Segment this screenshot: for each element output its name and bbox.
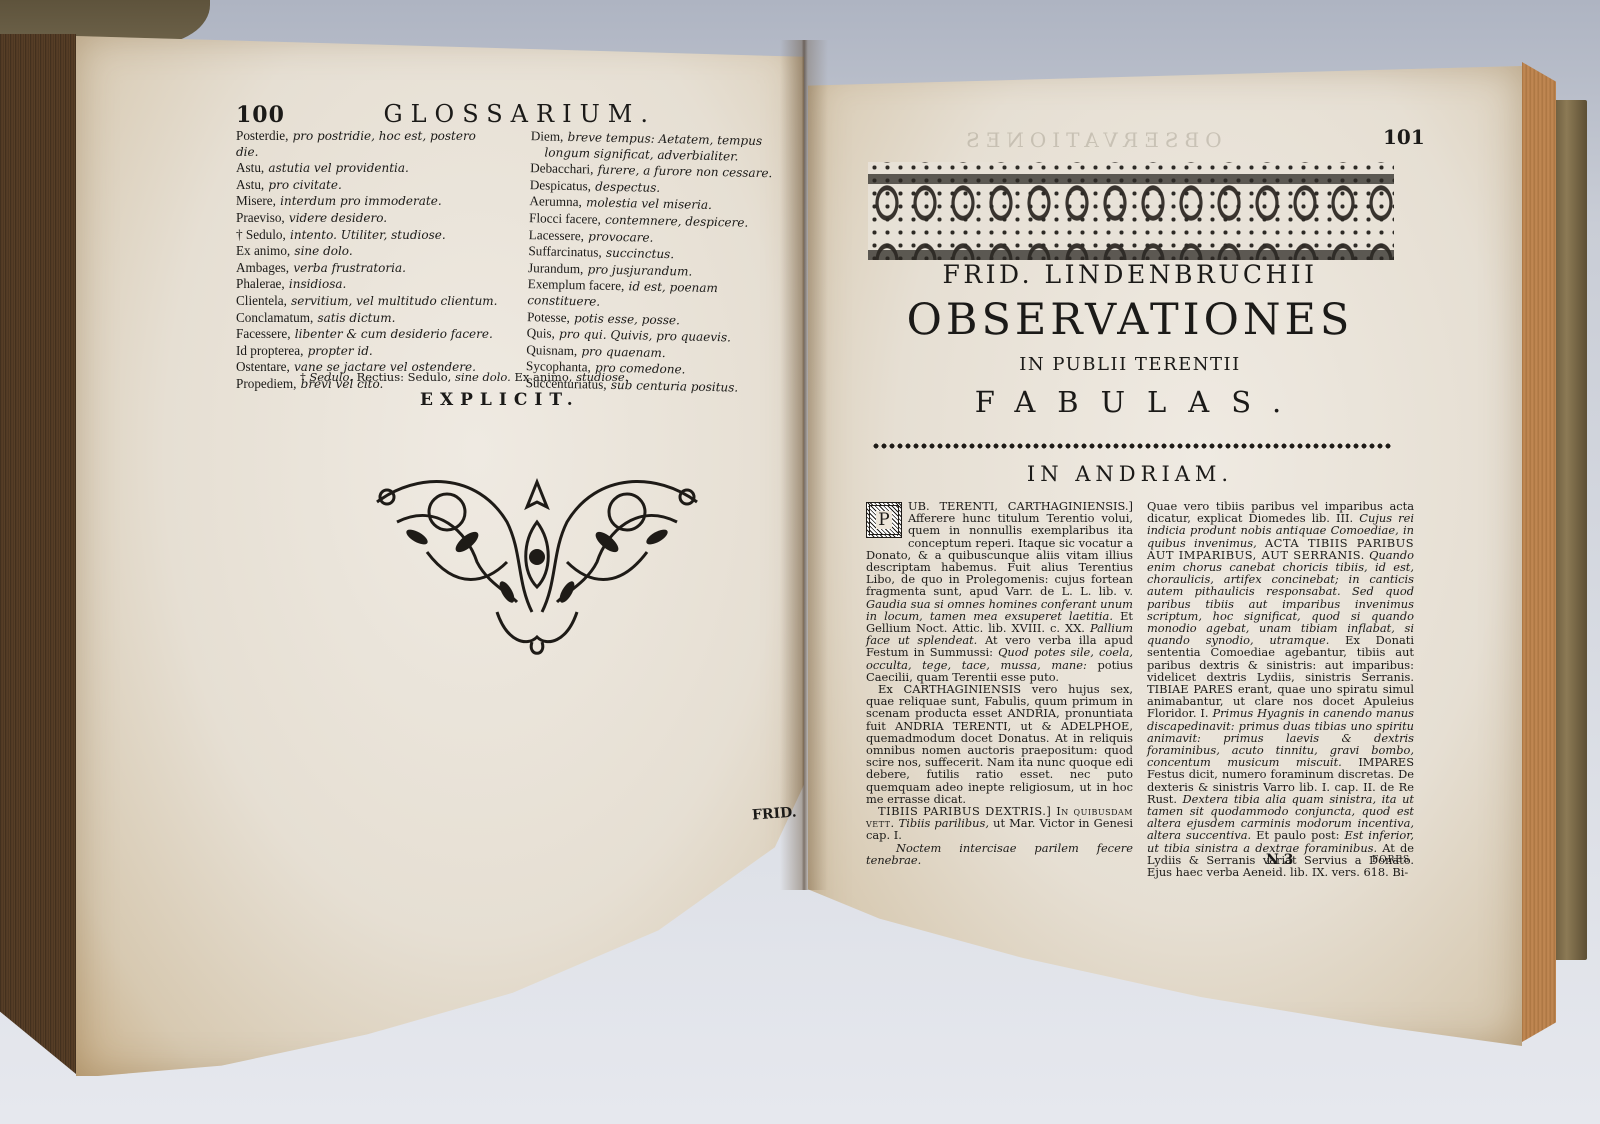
gloss-definition: molestia vel miseria. — [586, 196, 712, 213]
dagger-mark: † — [300, 370, 306, 384]
subtitle-fabulas: FABULAS. — [860, 382, 1400, 422]
footnote-text: Ex animo, — [514, 370, 572, 384]
gloss-term: † Sedulo, — [236, 227, 286, 242]
gloss-definition: succinctus. — [606, 246, 674, 261]
gloss-term: Suffarcinatus, — [528, 243, 602, 260]
gloss-definition: despectus. — [595, 179, 660, 194]
gloss-term: Id propterea, — [236, 343, 303, 358]
glossary-entry: Facessere, libenter & cum desiderio face… — [236, 326, 501, 343]
gloss-definition: potis esse, posse. — [574, 311, 680, 327]
gloss-definition: pro quaenam. — [581, 344, 665, 360]
gloss-definition: insidiosa. — [289, 277, 346, 291]
glossary-column-left: Posterdie, pro postridie, hoc est, poste… — [236, 128, 501, 393]
commentary-text: P UB. TERENTI, CARTHAGINIENSIS.] Afferer… — [866, 500, 1414, 878]
subtitle-line: IN PUBLII TERENTII — [860, 348, 1400, 382]
paragraph: UB. TERENTI, CARTHAGINIENSIS.] Afferere … — [866, 500, 1133, 683]
gloss-term: Despicatus, — [530, 177, 591, 193]
gloss-definition: sine dolo. — [294, 244, 352, 258]
floral-tailpiece-ornament — [357, 462, 717, 662]
glossary-entry: Praeviso, videre desidero. — [236, 210, 501, 227]
glossary-entry: Conclamatum, satis dictum. — [236, 310, 501, 327]
gloss-term: Clientela, — [236, 293, 287, 308]
glossary-column-right: Diem, breve tempus: Aetatem, tempus long… — [517, 128, 795, 398]
gloss-term: Phalerae, — [236, 276, 285, 291]
initial-letter: P — [876, 511, 892, 529]
gloss-term: Lacessere, — [529, 227, 585, 243]
gloss-term: Aerumna, — [529, 194, 582, 210]
glossary-entry: Astu, pro civitate. — [236, 177, 501, 194]
ornamental-rule — [872, 441, 1392, 451]
right-page-block-edge — [1522, 62, 1556, 1042]
gloss-definition: breve tempus: Aetatem, tempus longum sig… — [544, 130, 762, 163]
quotation: Gaudia sua si omnes homines conferant un… — [866, 597, 1133, 623]
gloss-term: Ostentare, — [236, 359, 290, 374]
main-title: OBSERVATIONES — [860, 292, 1400, 348]
left-running-title: GLOSSARIUM. — [383, 100, 656, 128]
paragraph: Quae vero tibiis paribus vel imparibus a… — [1147, 500, 1414, 878]
left-running-head: 100 GLOSSARIUM. — [236, 100, 676, 128]
section-heading: IN ANDRIAM. — [860, 462, 1400, 486]
author-line: FRID. LINDENBRUCHII — [860, 258, 1400, 292]
quotation: Tibiis parilibus, — [899, 816, 989, 830]
gloss-definition: sub centuria positus. — [611, 378, 739, 395]
gloss-term: Quisnam, — [526, 342, 577, 358]
gloss-definition: satis dictum. — [317, 311, 395, 325]
explicit-heading: EXPLICIT. — [420, 390, 580, 410]
headpiece-ornament-band — [868, 162, 1394, 260]
gloss-definition: verba frustratoria. — [293, 261, 406, 275]
glossary-entry: Astu, astutia vel providentia. — [236, 160, 501, 177]
paragraph: TIBIIS PARIBUS DEXTRIS.] In quibusdam ve… — [866, 805, 1133, 842]
gloss-definition: libenter & cum desiderio facere. — [295, 327, 493, 341]
right-book-cover — [1553, 100, 1587, 960]
printer-signature: N 3 — [1266, 852, 1293, 868]
gloss-definition: intento. Utiliter, studiose. — [290, 228, 446, 242]
gloss-term: Debacchari, — [530, 160, 594, 176]
gloss-term: Conclamatum, — [236, 310, 313, 325]
left-catchword: FRID. — [751, 804, 797, 823]
right-folio: 101 — [1383, 125, 1425, 149]
gloss-definition: astutia vel providentia. — [268, 161, 408, 175]
glossary-entry: Ambages, verba frustratoria. — [236, 260, 501, 277]
glossary-entry: Posterdie, pro postridie, hoc est, poste… — [236, 128, 501, 160]
gloss-definition: furere, a furore non cessare. — [598, 163, 773, 181]
title-block: FRID. LINDENBRUCHII OBSERVATIONES IN PUB… — [860, 258, 1400, 422]
gloss-definition: pro qui. Quivis, pro quaevis. — [559, 327, 731, 345]
glossary-entry: Misere, interdum pro immoderate. — [236, 193, 501, 210]
glossary-entry: Ex animo, sine dolo. — [236, 243, 501, 260]
gloss-term: Jurandum, — [528, 260, 584, 276]
gloss-term: Diem, — [531, 128, 564, 144]
gloss-definition: videre desidero. — [289, 211, 387, 225]
right-catchword: FORES — [1372, 855, 1410, 865]
glossary-entry: Clientela, servitium, vel multitudo clie… — [236, 293, 501, 310]
verse-quotation: Noctem intercisae parilem fecere tenebra… — [866, 842, 1133, 866]
gloss-term: Posterdie, — [236, 128, 288, 143]
gloss-term: Astu, — [236, 160, 264, 175]
gloss-definition: provocare. — [588, 229, 653, 244]
footnote-gloss: sine dolo. — [455, 370, 511, 384]
glossary-entry: Phalerae, insidiosa. — [236, 276, 501, 293]
gloss-term: Exemplum facere, — [528, 276, 625, 293]
gloss-definition: contemnere, despicere. — [605, 213, 748, 230]
gloss-term: Praeviso, — [236, 210, 285, 225]
text-span: UB. TERENTI, CARTHAGINIENSIS.] Afferere … — [866, 499, 1133, 598]
gloss-term: Quis, — [527, 325, 556, 341]
glossary: Posterdie, pro postridie, hoc est, poste… — [236, 128, 796, 393]
text-column-1: P UB. TERENTI, CARTHAGINIENSIS.] Afferer… — [866, 500, 1133, 878]
gloss-definition: pro jusjurandum. — [587, 262, 692, 278]
gloss-term: Potesse, — [527, 309, 570, 325]
text-column-2: Quae vero tibiis paribus vel imparibus a… — [1147, 500, 1414, 878]
decorated-initial: P — [866, 502, 902, 538]
gloss-term: Flocci facere, — [529, 210, 601, 226]
gloss-term: Misere, — [236, 193, 276, 208]
text-span: Ex CARTHAGINIENSIS vero hujus sex, quae … — [866, 682, 1133, 806]
gloss-definition: propter id. — [308, 344, 373, 358]
gloss-definition: pro civitate. — [268, 178, 341, 192]
gloss-definition: servitium, vel multitudo clientum. — [291, 294, 497, 308]
gloss-term: Ambages, — [236, 260, 289, 275]
paragraph: Ex CARTHAGINIENSIS vero hujus sex, quae … — [866, 683, 1133, 805]
glossary-entry: Id propterea, propter id. — [236, 343, 501, 360]
gloss-term: Facessere, — [236, 326, 291, 341]
left-page-block-edge — [0, 34, 76, 1074]
gloss-term: Astu, — [236, 177, 264, 192]
footnote-gloss: studiose. — [576, 370, 628, 384]
glossary-entry: † Sedulo, intento. Utiliter, studiose. — [236, 227, 501, 244]
bleed-through-text: OBSERVATIONES — [960, 128, 1222, 152]
left-folio: 100 — [236, 102, 285, 128]
gloss-term: Ex animo, — [236, 243, 290, 258]
glossary-footnote: † Sedulo. Rectius: Sedulo, sine dolo. Ex… — [300, 370, 628, 384]
gloss-term: Propediem, — [236, 376, 296, 391]
footnote-lemma: Sedulo. — [309, 370, 353, 384]
footnote-text: Rectius: Sedulo, — [357, 370, 452, 384]
gloss-definition: interdum pro immoderate. — [280, 194, 442, 208]
